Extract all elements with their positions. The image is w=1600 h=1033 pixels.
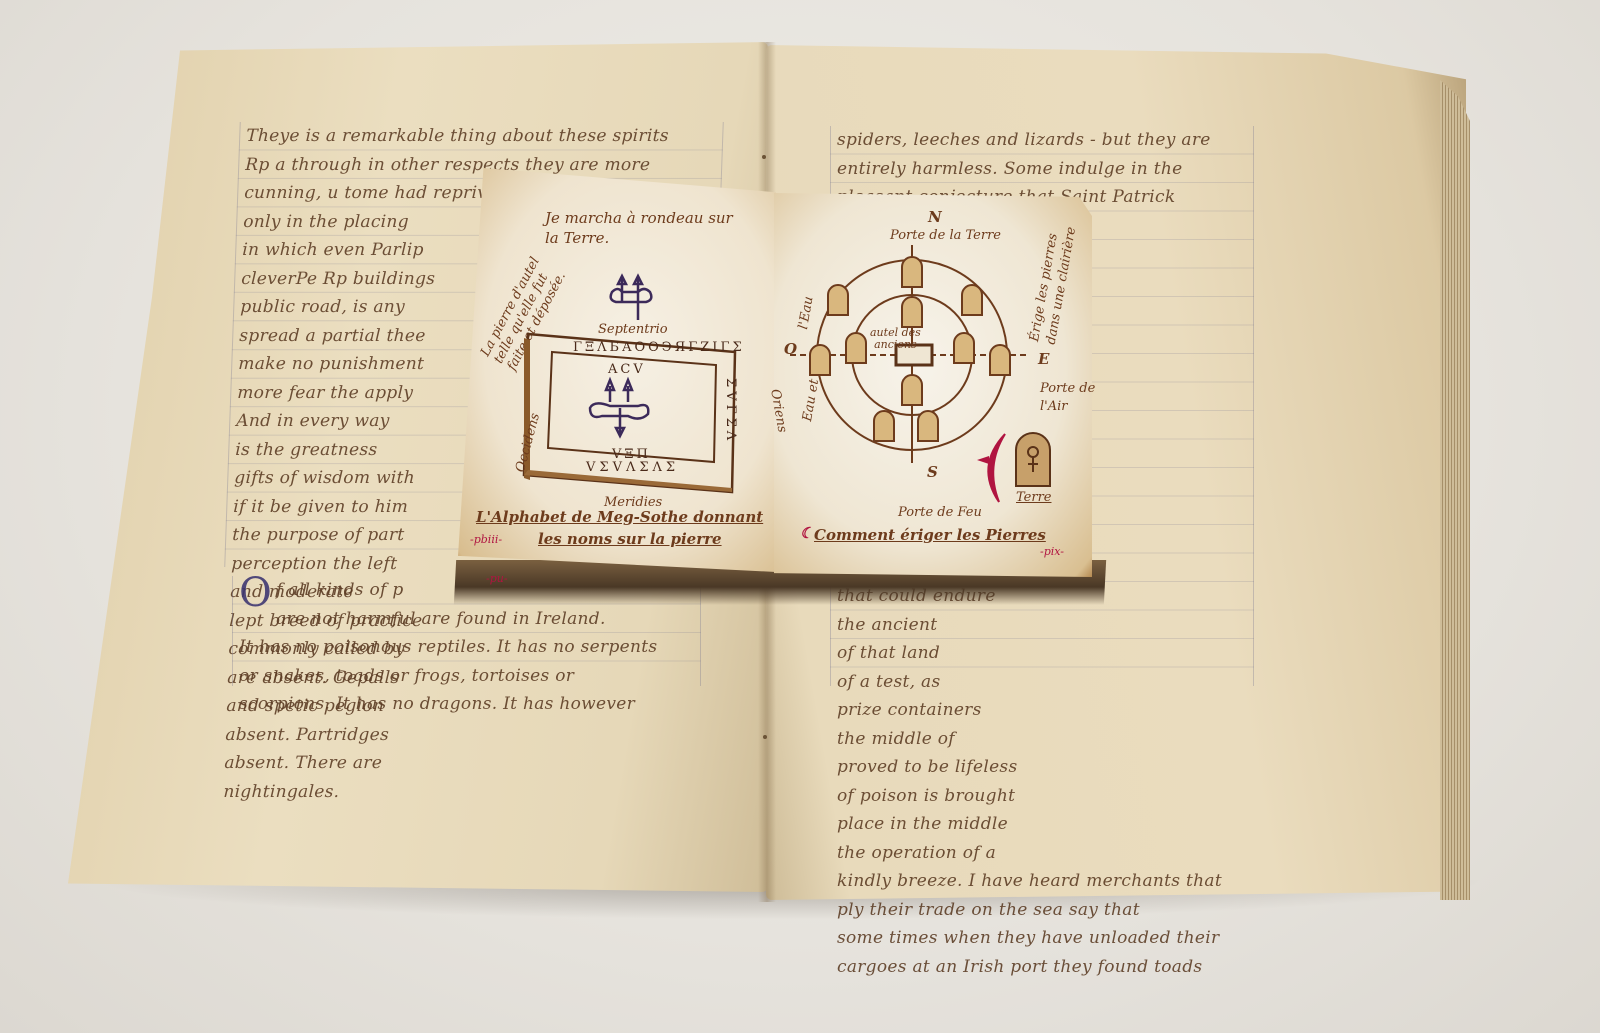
west-marker: O [784, 340, 797, 358]
stone-label: Terre [1016, 490, 1051, 505]
center-label: autel des anciens [870, 327, 921, 351]
south-label: Porte de Feu [898, 505, 982, 520]
center-label-line-2: anciens [874, 338, 917, 351]
left-caption-line-1: L'Alphabet de Meg-Sothe donnant [476, 508, 763, 526]
compass-symbol-icon [608, 272, 658, 322]
drop-cap: O [239, 576, 272, 610]
caption-crescent-icon: ☾ [800, 524, 813, 542]
east-label-line-2: l'Air [1040, 399, 1068, 414]
under-page-number: -pu- [486, 572, 508, 585]
north-marker: N [928, 208, 942, 226]
rune-row-bottom: VΣVΛΣΛΣ [586, 460, 679, 475]
south-marker: S [927, 463, 938, 481]
rune-column-right: ΣVΓΣΛ [723, 378, 738, 444]
standing-stone-icon [1012, 432, 1054, 488]
right-caption: Comment ériger les Pierres [814, 526, 1046, 544]
page-edges [1440, 80, 1470, 900]
east-label-line-1: Porte de [1040, 381, 1095, 396]
binding-stitch [763, 735, 767, 739]
right-page-number: -pix- [1040, 545, 1064, 558]
rune-row-top: ΓΞΛБΑΟΟЭЯΓZΙΓΣ [573, 340, 745, 355]
north-label: Porte de la Terre [890, 228, 1001, 243]
rune-inner-top: ΑCV [608, 362, 646, 377]
top-note: Je marcha à rondeau sur la Terre. [545, 208, 733, 248]
east-label: Porte de l'Air [1040, 380, 1095, 416]
east-marker: E [1038, 350, 1049, 368]
left-page-number: -pbiii- [470, 533, 502, 546]
binding-stitch [762, 155, 766, 159]
left-caption-line-2: les noms sur la pierre [538, 530, 722, 548]
